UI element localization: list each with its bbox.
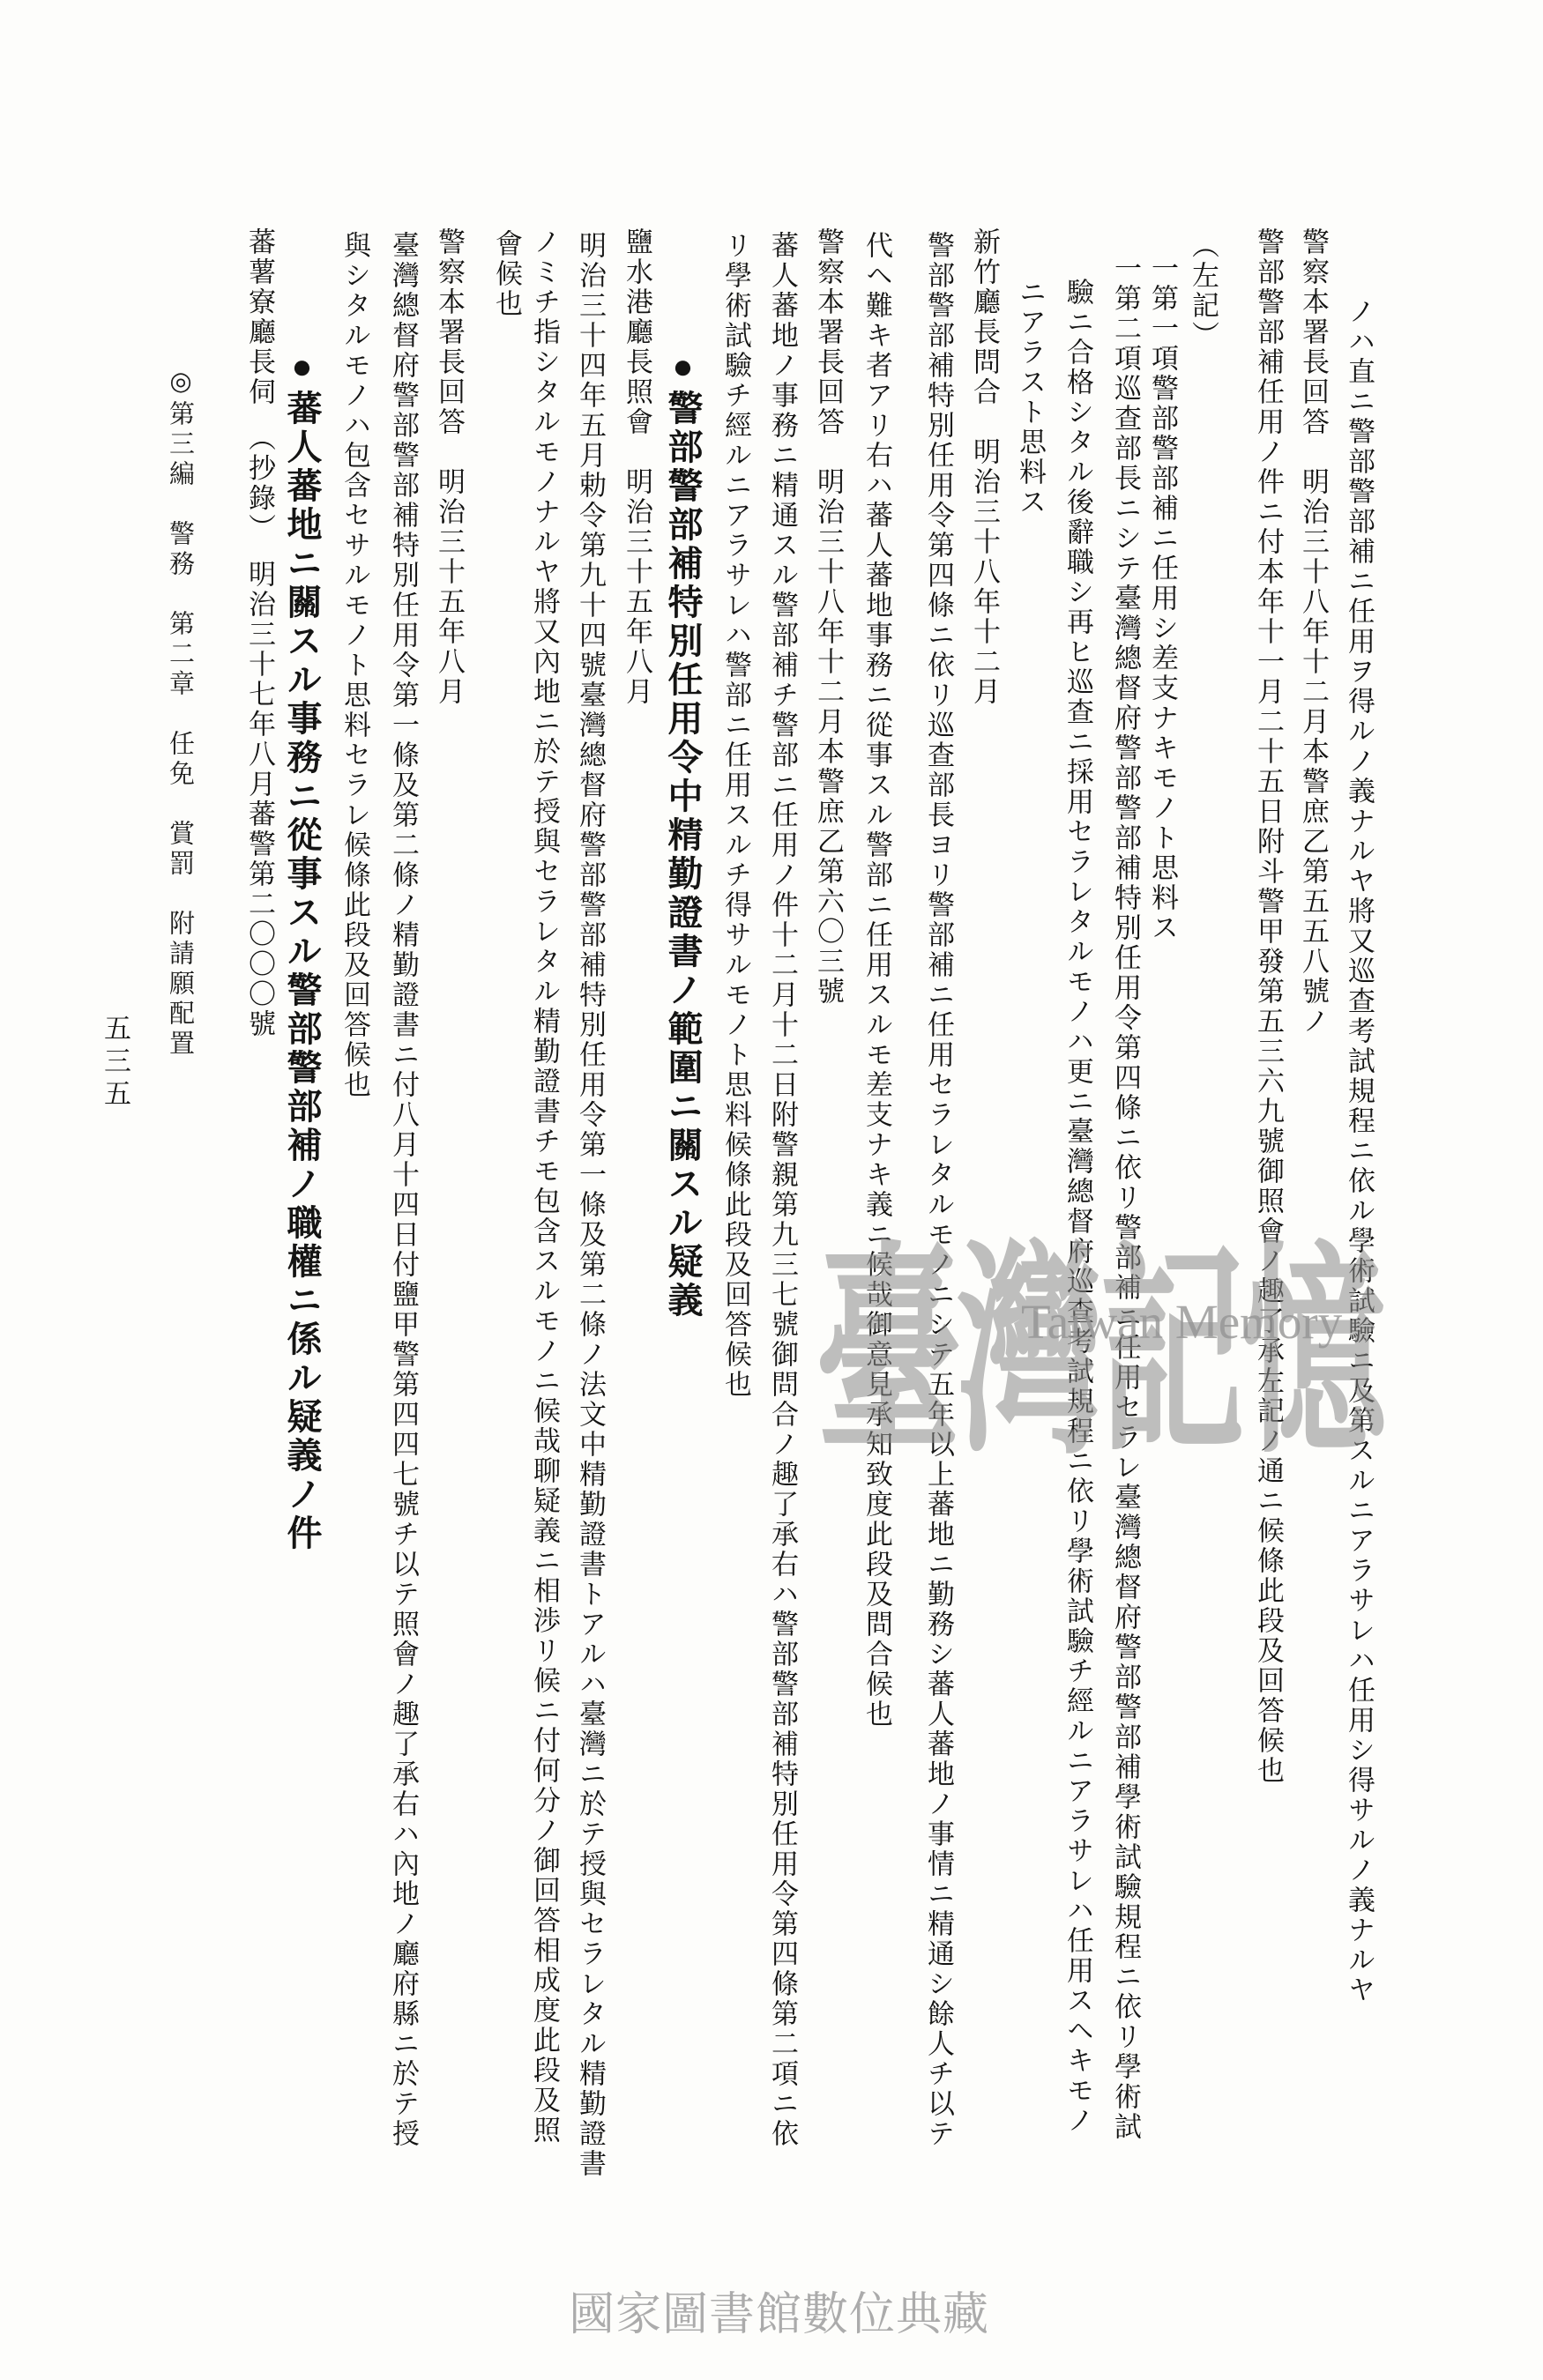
text-column: 臺灣總督府警部警部補特別任用令第一條及第二條ノ精勤證書ニ付八月十四日付鹽甲警第四… bbox=[378, 231, 417, 2149]
text-column: 警察本署長回答 明治三十八年十二月本警庶乙第五五八號ノ bbox=[1288, 227, 1327, 1037]
text-column: ニアラスト思料ス bbox=[1005, 278, 1044, 517]
text-column: 蕃薯寮廳長伺 （抄錄） 明治三十七年八月蕃警第二〇〇〇號 bbox=[235, 227, 273, 1039]
text-column: ノミチ指シタルモノナルヤ將又內地ニ於テ授與セラレタル精勤證書チモ包含スルモノニ候… bbox=[519, 227, 558, 2146]
text-column: 會候也 bbox=[481, 229, 520, 319]
text-column: 驗ニ合格シタル後辭職シ再ヒ巡查ニ採用セラレタルモノハ更ニ臺灣總督府巡查考試規程ニ… bbox=[1053, 278, 1092, 2136]
section-heading-column: ●蕃人蕃地ニ關スル事務ニ從事スル警部警部補ノ職權ニ係ル疑義ノ件 bbox=[273, 346, 319, 1553]
section-heading-column: ●警部警部補特別任用令中精勤證書ノ範圍ニ關スル疑義 bbox=[654, 346, 700, 1320]
text-column: 明治三十四年五月勅令第九十四號臺灣總督府警部警部補特別任用令第一條及第二條ノ法文… bbox=[565, 231, 604, 2179]
text-column: リ學術試驗チ經ルニアラサレハ警部ニ任用スルチ得サルモノト思料候條此段及回答候也 bbox=[711, 231, 749, 1400]
text-column: 蕃人蕃地ノ事務ニ精通スル警部補チ警部ニ任用ノ件十二月十二日附警親第九三七號御問合… bbox=[757, 231, 796, 2149]
taiwan-memory-watermark: 臺灣記憶 bbox=[816, 1172, 1383, 1496]
archive-footer: 國家圖書館數位典藏 bbox=[569, 2277, 989, 2343]
text-column: 新竹廳長問合 明治三十八年十二月 bbox=[959, 227, 998, 707]
text-column: （左記） bbox=[1178, 231, 1217, 351]
text-column: 與シタルモノハ包含セサルモノト思料セラレ候條此段及回答候也 bbox=[330, 231, 369, 1100]
text-column: 鹽水港廳長照會 明治三十五年八月 bbox=[612, 227, 651, 707]
running-header: ◎第三編 警務 第二章 任免 賞罰 附請願配置 bbox=[153, 366, 192, 1060]
text-column: ノハ直ニ警部警部補ニ任用ヲ得ルノ義ナルヤ將又巡查考試規程ニ依ル學術試驗ニ及第スル… bbox=[1334, 297, 1373, 2005]
text-column: 警部警部補任用ノ件ニ付本年十一月二十五日附斗警甲發第五三六九號御照會ノ趣了承左記… bbox=[1243, 227, 1282, 1786]
text-column: 代ヘ難キ者アリ右ハ蕃人蕃地事務ニ從事スル警部ニ任用スルモ差支ナキ義ニ候哉御意見承… bbox=[852, 231, 891, 1729]
list-item-column: 一第二項巡查部長ニシテ臺灣總督府警部警部補特別任用令第四條ニ依リ警部補ニ任用セラ… bbox=[1100, 254, 1139, 2142]
text-column: 警察本署長回答 明治三十五年八月 bbox=[424, 227, 463, 707]
text-column: 警部警部補特別任用令第四條ニ依リ巡查部長ヨリ警部補ニ任用セラレタルモノニシテ五年… bbox=[913, 231, 952, 2149]
list-item-column: 一第一項警部警部補ニ任用シ差支ナキモノト思料ス bbox=[1137, 254, 1176, 943]
scanned-document-page: ノハ直ニ警部警部補ニ任用ヲ得ルノ義ナルヤ將又巡查考試規程ニ依ル學術試驗ニ及第スル… bbox=[0, 0, 1543, 2380]
page-number: 五三五 bbox=[90, 1014, 129, 1112]
text-column: 警察本署長回答 明治三十八年十二月本警庶乙第六〇三號 bbox=[803, 227, 842, 1007]
